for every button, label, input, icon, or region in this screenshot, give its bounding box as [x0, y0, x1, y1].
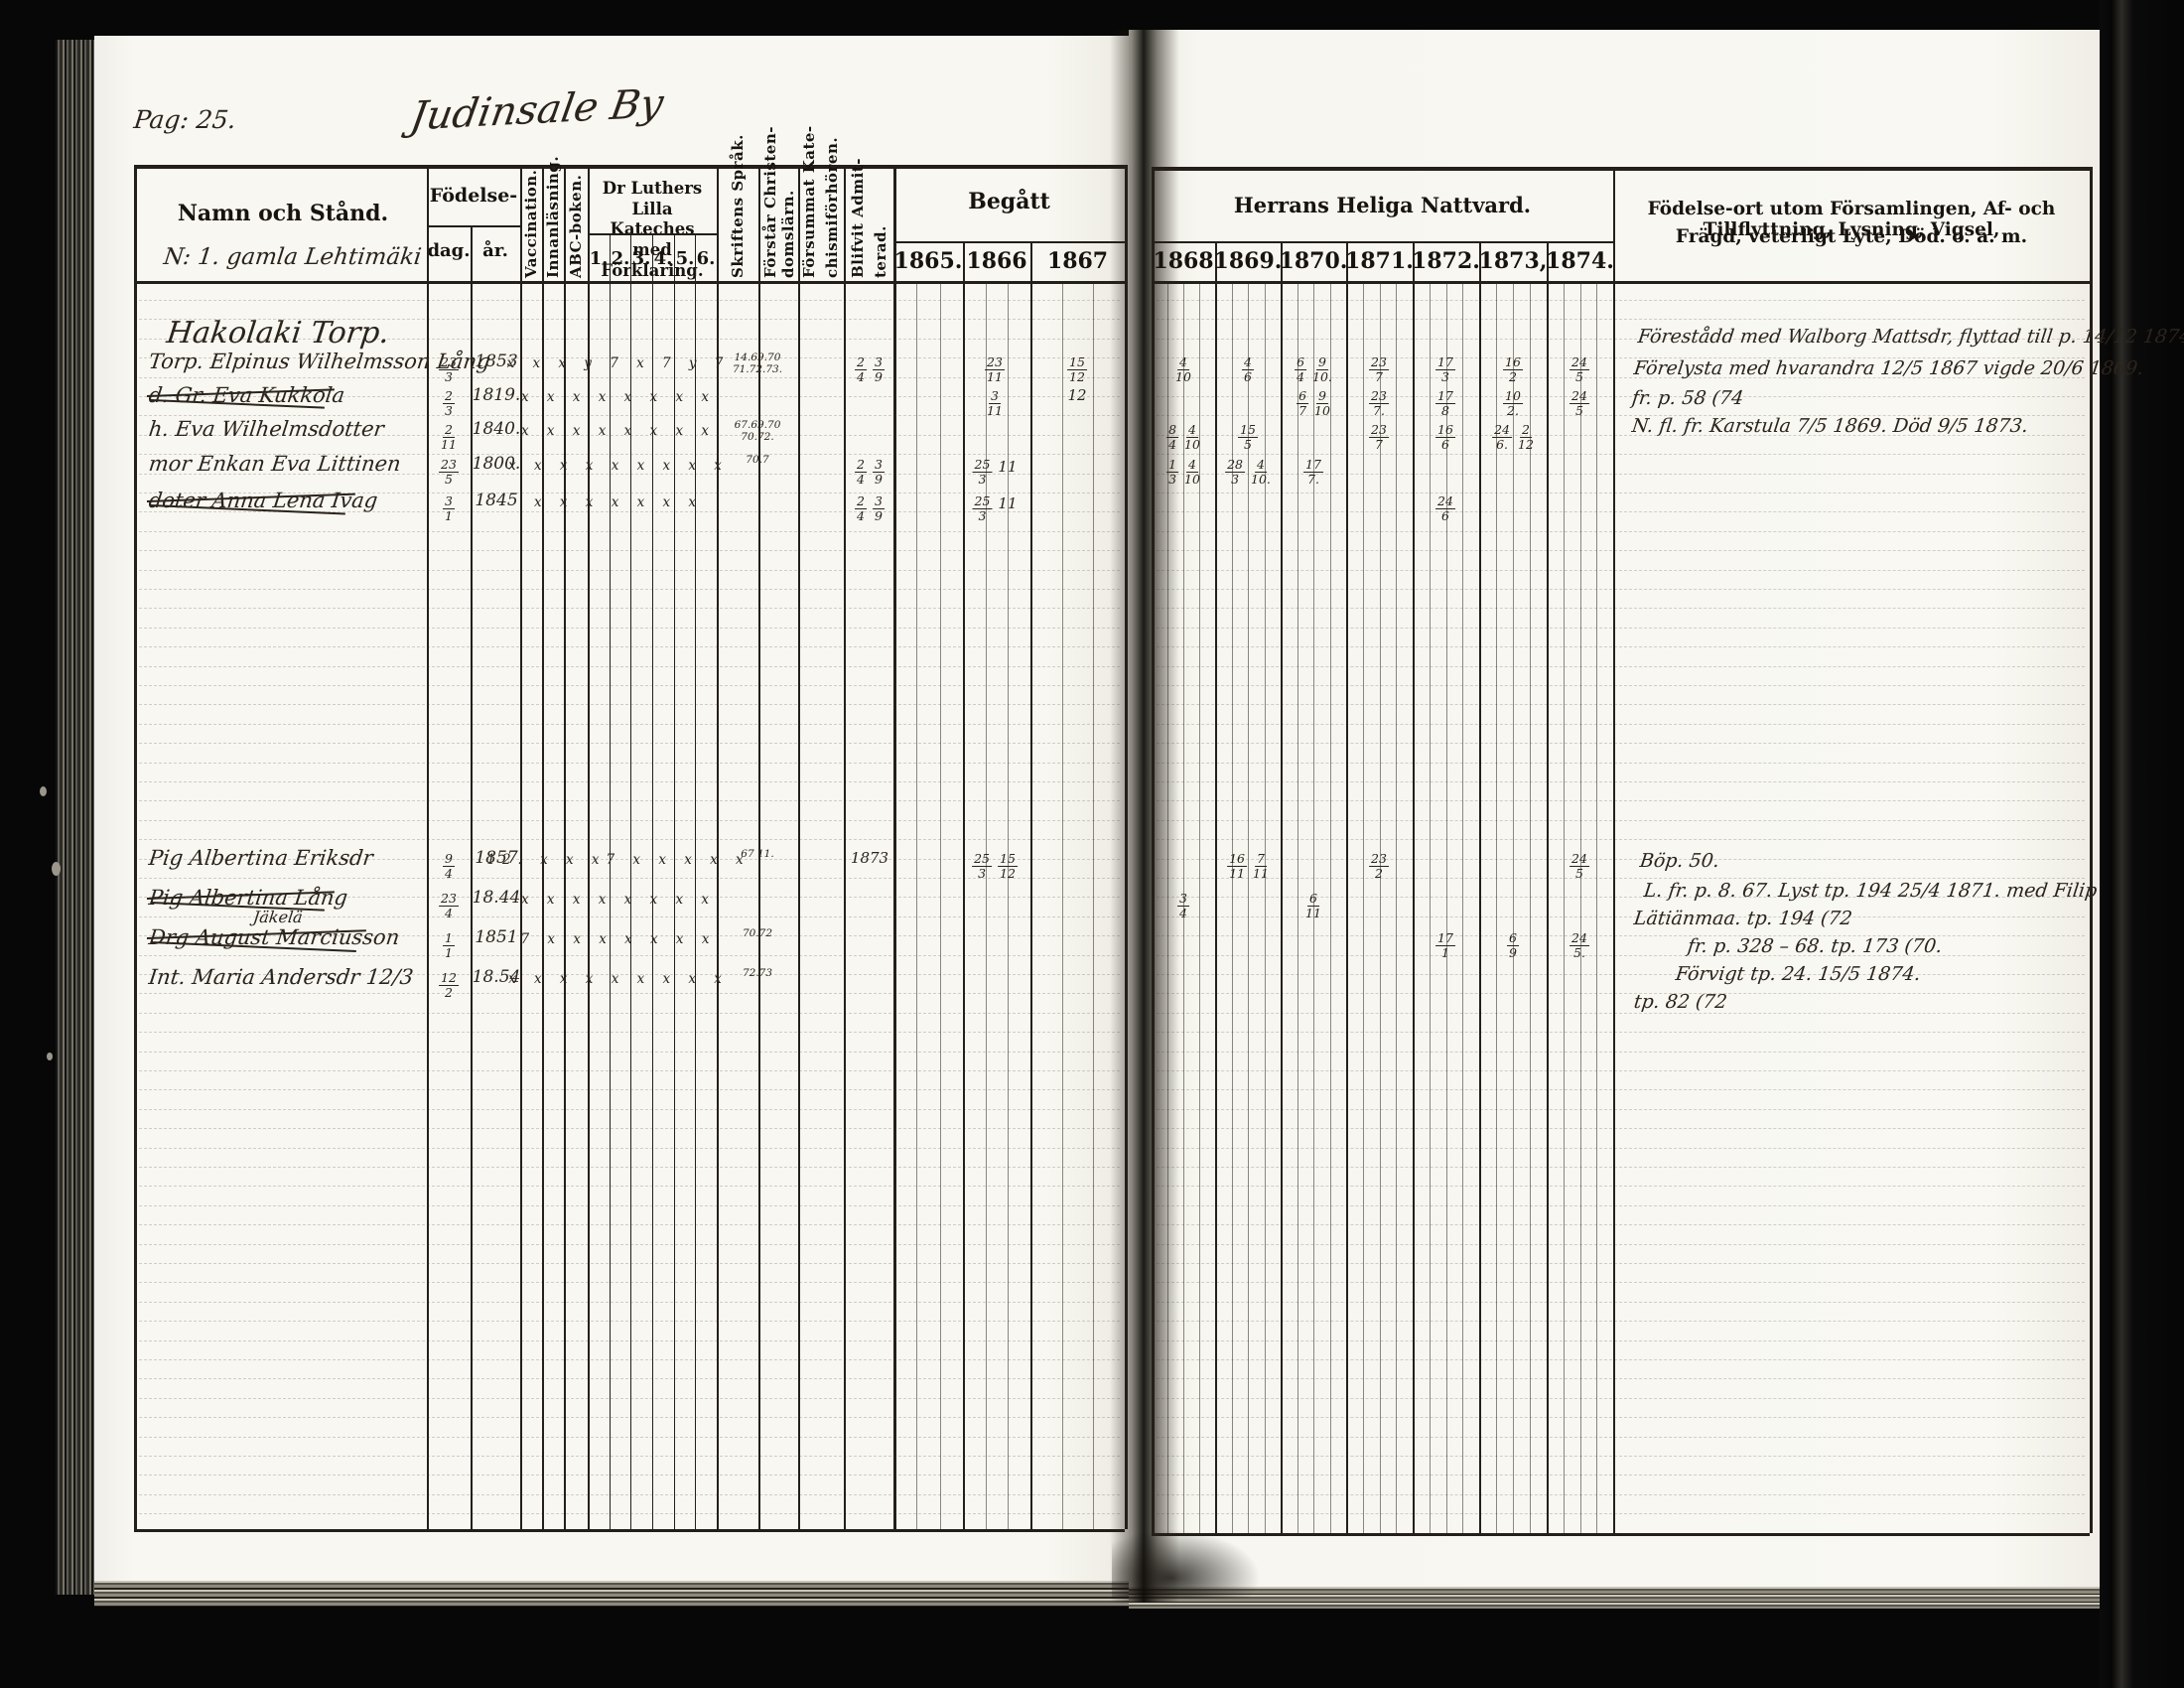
entry-cell: 178	[1435, 385, 1455, 417]
guide-line	[139, 1359, 1120, 1360]
guide-line	[139, 1417, 1120, 1418]
guide-line	[1157, 570, 2085, 571]
entry-cell: 84410	[1166, 419, 1200, 451]
guide-line	[1157, 993, 2085, 994]
entry-cell: 70.7	[746, 454, 768, 466]
catechism-subcolumn-number: 2.	[612, 248, 630, 269]
table-rule-vertical	[893, 167, 896, 1529]
guide-line	[139, 1263, 1120, 1264]
year-header: 1869.	[1214, 248, 1283, 274]
guide-line	[1157, 724, 2085, 725]
margin-annotation: Förvigt tp. 24. 15/5 1874.	[1675, 963, 1922, 985]
guide-line	[139, 646, 1120, 647]
entry-cell: 1611711	[1227, 848, 1269, 880]
guide-line	[1157, 666, 2085, 667]
entry-cell: 102.	[1503, 385, 1523, 417]
guide-line	[1157, 1340, 2085, 1341]
guide-line	[139, 1437, 1120, 1438]
guide-line	[139, 993, 1120, 994]
table-rule-vertical	[1215, 241, 1217, 1533]
guide-line	[139, 1282, 1120, 1283]
year-header: 1871.	[1345, 248, 1414, 274]
guide-line	[139, 666, 1120, 667]
table-rule-vertical	[1152, 167, 1155, 1533]
vertical-column-label: Blifvit Admit-	[848, 171, 868, 278]
entry-cell: 69	[1507, 927, 1519, 959]
guide-line	[1157, 704, 2085, 705]
guide-line	[1157, 1282, 2085, 1283]
reading-marks: x x x x x x x x	[521, 389, 716, 405]
entry-cell: 1819.	[473, 385, 521, 405]
vertical-column-label: Innanläsning.	[543, 171, 563, 278]
reading-marks: x x x x x x x x x	[508, 971, 729, 987]
table-rule-vertical	[1346, 241, 1348, 1533]
communion-header: Herrans Heliga Nattvard.	[1152, 193, 1613, 217]
guide-line	[1157, 1263, 2085, 1264]
guide-line	[139, 1302, 1120, 1303]
guide-line	[139, 1475, 1120, 1476]
entry-cell: 311	[987, 385, 1003, 417]
year-header: 1872.	[1412, 248, 1480, 274]
guide-line	[139, 531, 1120, 532]
entry-cell: 245	[1570, 848, 1589, 880]
spine-foot-shadow	[1112, 1529, 1261, 1599]
guide-line	[1157, 454, 2085, 455]
table-rule-vertical	[1513, 283, 1514, 1533]
vertical-column-label: chismiförhören.	[822, 171, 842, 278]
entry-name: mor Enkan Eva Littinen	[148, 452, 403, 476]
entry-cell: 283410.	[1225, 454, 1271, 486]
guide-line	[1157, 839, 2085, 840]
sub-note-script: N: 1. gamla Lehtimäki	[162, 244, 423, 270]
guide-line	[139, 704, 1120, 705]
entry-cell: 23	[443, 385, 455, 417]
table-rule-vertical	[1596, 283, 1597, 1533]
catechism-subcolumn-number: 6.	[697, 248, 716, 269]
guide-line	[1157, 935, 2085, 936]
guide-line	[139, 955, 1120, 956]
guide-line	[139, 570, 1120, 571]
table-rule-vertical	[916, 283, 917, 1529]
guide-line	[1157, 550, 2085, 551]
guide-line	[139, 685, 1120, 686]
guide-line	[139, 763, 1120, 764]
guide-line	[1157, 608, 2085, 609]
guide-line	[139, 1052, 1120, 1053]
table-rule-vertical	[940, 283, 941, 1529]
dust-speck	[52, 862, 61, 876]
reading-marks: x x x y 7 x 7 y 7	[507, 355, 731, 371]
margin-annotation: fr. p. 58 (74	[1631, 387, 1745, 409]
guide-line	[1157, 589, 2085, 590]
guide-line	[139, 1032, 1120, 1033]
year-header: 1865.	[894, 248, 963, 274]
guide-line	[1157, 1494, 2085, 1495]
entry-cell: 2311	[985, 352, 1005, 383]
vertical-column-label: ABC-boken.	[566, 171, 586, 278]
guide-line	[1157, 878, 2085, 879]
entry-cell: 67910	[1297, 385, 1330, 417]
entry-cell: 1512	[1067, 352, 1087, 383]
entry-cell: 234	[439, 888, 459, 919]
guide-line	[139, 1205, 1120, 1206]
entry-inserted-note: Jäkelä	[252, 908, 304, 926]
guide-line	[1157, 1013, 2085, 1014]
entry-cell: 11	[443, 927, 455, 959]
birth-column-header: Födelse-	[427, 185, 520, 207]
entry-group-heading: Hakolaki Torp.	[165, 316, 391, 351]
entry-cell: 1857	[475, 848, 517, 868]
year-header: 1866	[966, 248, 1026, 274]
year-header: 1873,	[1479, 248, 1548, 274]
guide-line	[1157, 1359, 2085, 1360]
guide-line	[1157, 1321, 2085, 1322]
entry-cell: 67.69.70 70.72.	[735, 419, 781, 443]
margin-annotation: Förestådd med Walborg Mattsdr, flyttad t…	[1637, 326, 2184, 348]
guide-line	[139, 724, 1120, 725]
reading-marks: x x x x x x x x	[521, 423, 716, 439]
guide-line	[1157, 1032, 2085, 1033]
page-bottom-edge	[1129, 1587, 2100, 1609]
guide-line	[1157, 820, 2085, 821]
entry-cell: 2531512	[972, 848, 1018, 880]
guide-line	[139, 1224, 1120, 1225]
guide-line	[1157, 1437, 2085, 1438]
reading-marks: 12. x x x7 x x x x x	[486, 852, 750, 868]
guide-line	[139, 1109, 1120, 1110]
entry-cell: 72.73	[743, 967, 772, 979]
reading-marks: x x x x x x x x	[521, 892, 716, 908]
entry-cell: 34	[1177, 888, 1189, 919]
guide-line	[1157, 492, 2085, 493]
guide-line	[139, 589, 1120, 590]
entry-cell: 1840.	[473, 419, 521, 439]
guide-line	[139, 1321, 1120, 1322]
guide-line	[139, 1340, 1120, 1341]
page-bottom-edge	[94, 1581, 1129, 1607]
table-rule-vertical	[1396, 283, 1397, 1533]
table-rule-horizontal	[134, 1529, 1125, 1532]
guide-line	[139, 820, 1120, 821]
guide-line	[1157, 1089, 2085, 1090]
guide-line	[1157, 628, 2085, 629]
entry-cell: 245	[1570, 385, 1589, 417]
guide-line	[139, 781, 1120, 782]
guide-line	[1157, 1070, 2085, 1071]
guide-line	[1157, 974, 2085, 975]
table-rule-horizontal	[427, 225, 520, 227]
margin-annotation: Böp. 50.	[1639, 850, 1721, 872]
guide-line	[1157, 955, 2085, 956]
table-rule-vertical	[1479, 241, 1481, 1533]
guide-line	[1157, 1513, 2085, 1514]
guide-line	[139, 1167, 1120, 1168]
guide-line	[1157, 763, 2085, 764]
guide-line	[1157, 685, 2085, 686]
entry-cell: 237	[1369, 352, 1389, 383]
name-column-header: Namn och Stånd.	[159, 201, 407, 226]
guide-line	[1157, 1148, 2085, 1149]
entry-cell: 173	[1435, 352, 1455, 383]
entry-cell: 13410	[1166, 454, 1200, 486]
catechism-subcolumn-number: 1.	[590, 248, 609, 269]
catechism-subcolumn-number: 4.	[654, 248, 673, 269]
guide-line	[1157, 511, 2085, 512]
guide-line	[1157, 1109, 2085, 1110]
notes-column-header-line2: Frägd, veterligt Lyte, Död. o. a. m.	[1618, 226, 2085, 247]
entry-cell: 237	[1369, 419, 1389, 451]
guide-line	[1157, 300, 2085, 301]
guide-line	[1157, 1052, 2085, 1053]
table-rule-vertical	[1380, 283, 1381, 1533]
entry-name: Pig Albertina Eriksdr	[148, 846, 375, 870]
guide-line	[1157, 1167, 2085, 1168]
margin-annotation: Lätiänmaa. tp. 194 (72	[1633, 908, 1853, 929]
margin-annotation: fr. p. 328 – 68. tp. 173 (70.	[1687, 935, 1944, 957]
reading-marks: 7 x x x x x x x	[521, 931, 717, 947]
guide-line	[139, 550, 1120, 551]
entry-cell: 1851	[475, 927, 517, 947]
table-rule-vertical	[1125, 165, 1128, 1529]
entry-cell: 25311	[973, 491, 1018, 522]
table-rule-vertical	[1430, 283, 1431, 1533]
guide-line	[1157, 1417, 2085, 1418]
guide-line	[1157, 646, 2085, 647]
entry-cell: 2439	[855, 352, 885, 383]
guide-line	[1157, 1128, 2085, 1129]
entry-cell: 410	[1175, 352, 1191, 383]
table-rule-horizontal	[134, 165, 1125, 169]
table-rule-vertical	[1530, 283, 1531, 1533]
guide-line	[1157, 319, 2085, 320]
table-rule-vertical	[1030, 241, 1032, 1529]
guide-line	[1157, 474, 2085, 475]
reading-marks: x x x x x x x	[534, 494, 703, 510]
table-rule-vertical	[1062, 283, 1063, 1529]
table-rule-horizontal	[1152, 241, 1613, 243]
table-rule-horizontal	[1152, 281, 2090, 284]
entry-cell: 162	[1503, 352, 1523, 383]
entry-cell: 1845	[475, 491, 517, 510]
margin-annotation: Förelysta med hvarandra 12/5 1867 vigde …	[1633, 357, 2145, 379]
guide-line	[139, 1148, 1120, 1149]
entry-cell: 18.44	[473, 888, 521, 908]
guide-line	[1157, 800, 2085, 801]
guide-line	[139, 1494, 1120, 1495]
entry-cell: 18.54	[473, 967, 521, 987]
table-rule-vertical	[1413, 241, 1415, 1533]
guide-line	[139, 608, 1120, 609]
table-rule-vertical	[1613, 167, 1615, 1533]
table-rule-vertical	[1547, 241, 1549, 1533]
entry-cell: 245.	[1570, 927, 1589, 959]
guide-line	[1157, 1475, 2085, 1476]
entry-name: h. Eva Wilhelmsdotter	[148, 417, 386, 441]
guide-line	[139, 1070, 1120, 1071]
entry-cell: 25311	[973, 454, 1018, 486]
guide-line	[139, 839, 1120, 840]
dust-speck	[40, 786, 47, 796]
guide-line	[1157, 1378, 2085, 1379]
entry-cell: 94	[443, 848, 455, 880]
vertical-column-label: Förstår Christen-	[760, 171, 780, 278]
guide-line	[139, 1244, 1120, 1245]
guide-line	[139, 1186, 1120, 1187]
table-rule-vertical	[1446, 283, 1447, 1533]
margin-annotation: tp. 82 (72	[1633, 991, 1728, 1013]
guide-line	[139, 1013, 1120, 1014]
entry-cell: 233	[439, 352, 459, 383]
entry-cell: 611	[1305, 888, 1321, 919]
entry-cell: 232	[1369, 848, 1389, 880]
guide-line	[139, 300, 1120, 301]
guide-line	[139, 1456, 1120, 1457]
vertical-column-label: Försummat Kate-	[799, 171, 819, 278]
entry-cell: 166	[1435, 419, 1455, 451]
catechism-subcolumn-number: 3.	[632, 248, 651, 269]
entry-cell: 12	[1067, 385, 1086, 404]
entry-cell: 64910.	[1295, 352, 1332, 383]
birth-year-subheader: år.	[471, 240, 520, 261]
table-rule-horizontal	[1152, 1533, 2090, 1536]
reading-marks: x x x x x x x x x	[508, 458, 729, 474]
table-rule-vertical	[963, 241, 965, 1529]
guide-line	[139, 1128, 1120, 1129]
begatt-header: Begått	[893, 189, 1125, 214]
table-rule-vertical	[1363, 283, 1364, 1533]
table-rule-vertical	[1462, 283, 1463, 1533]
page-number-note: Pag: 25.	[132, 105, 237, 134]
entry-cell: 237.	[1369, 385, 1389, 417]
entry-cell: 1800.	[473, 454, 521, 474]
dust-speck	[47, 1053, 53, 1060]
year-header: 1870.	[1280, 248, 1348, 274]
margin-annotation: N. fl. fr. Karstula 7/5 1869. Död 9/5 18…	[1631, 415, 2030, 437]
vertical-column-label: Skriftens Språk.	[728, 171, 748, 278]
guide-line	[1157, 1224, 2085, 1225]
entry-cell: 122	[439, 967, 459, 999]
guide-line	[1157, 1398, 2085, 1399]
catechism-subcolumn-number: 5.	[676, 248, 695, 269]
entry-cell: 1853	[475, 352, 517, 371]
birth-day-subheader: dag.	[427, 240, 471, 261]
entry-cell: 67 11.	[741, 848, 773, 860]
entry-name: Int. Maria Andersdr 12/3	[148, 965, 415, 989]
guide-line	[139, 1089, 1120, 1090]
guide-line	[139, 1513, 1120, 1514]
table-rule-vertical	[1281, 241, 1283, 1533]
scanned-parish-register-spread: Pag: 25. Judinsale By N: 1. gamla Lehtim…	[0, 0, 2184, 1688]
entry-cell: 1873	[851, 848, 888, 867]
margin-annotation: L. fr. p. 8. 67. Lyst tp. 194 25/4 1871.…	[1643, 880, 2099, 902]
table-rule-horizontal	[893, 241, 1125, 243]
guide-line	[139, 743, 1120, 744]
guide-line	[139, 377, 1120, 378]
entry-cell: 171	[1435, 927, 1455, 959]
entry-cell: 46	[1242, 352, 1254, 383]
year-header: 1874.	[1546, 248, 1614, 274]
year-header: 1867	[1047, 248, 1108, 274]
guide-line	[1157, 1456, 2085, 1457]
entry-cell: 155	[1238, 419, 1258, 451]
entry-cell: 245	[1570, 352, 1589, 383]
guide-line	[1157, 1186, 2085, 1187]
entry-cell: 246.212	[1492, 419, 1534, 451]
table-rule-vertical	[1496, 283, 1497, 1533]
table-rule-horizontal	[1152, 167, 2090, 171]
vertical-column-label: terad.	[871, 171, 890, 278]
guide-line	[139, 1378, 1120, 1379]
guide-line	[1157, 743, 2085, 744]
entry-cell: 235	[439, 454, 459, 486]
right-cover-edge	[2100, 0, 2184, 1688]
book-page-stack-edge	[56, 40, 95, 1595]
table-rule-vertical	[1564, 283, 1565, 1533]
guide-line	[1157, 1244, 2085, 1245]
table-rule-horizontal	[134, 281, 1125, 284]
table-rule-vertical	[1330, 283, 1331, 1533]
entry-cell: 177.	[1303, 454, 1323, 486]
guide-line	[139, 1398, 1120, 1399]
entry-cell: 70.72	[743, 927, 772, 939]
entry-cell: 31	[443, 491, 455, 522]
table-rule-vertical	[1297, 283, 1298, 1533]
entry-cell: 246	[1435, 491, 1455, 522]
vertical-column-label: domslärn.	[778, 171, 798, 278]
guide-line	[1157, 531, 2085, 532]
entry-cell: 2439	[855, 491, 885, 522]
entry-cell: 2439	[855, 454, 885, 486]
entry-cell: 14.69.70 71.72.73.	[733, 352, 782, 375]
guide-line	[1157, 859, 2085, 860]
year-header: 1868	[1153, 248, 1213, 274]
guide-line	[1157, 1302, 2085, 1303]
guide-line	[1157, 1205, 2085, 1206]
guide-line	[1157, 781, 2085, 782]
guide-line	[1157, 916, 2085, 917]
vertical-column-label: Vaccination.	[521, 171, 541, 278]
table-rule-vertical	[798, 167, 800, 1529]
table-rule-vertical	[134, 165, 137, 1529]
guide-line	[139, 628, 1120, 629]
entry-cell: 211	[441, 419, 457, 451]
table-rule-vertical	[1093, 283, 1094, 1529]
table-rule-vertical	[844, 167, 846, 1529]
table-rule-vertical	[1580, 283, 1581, 1533]
guide-line	[139, 800, 1120, 801]
